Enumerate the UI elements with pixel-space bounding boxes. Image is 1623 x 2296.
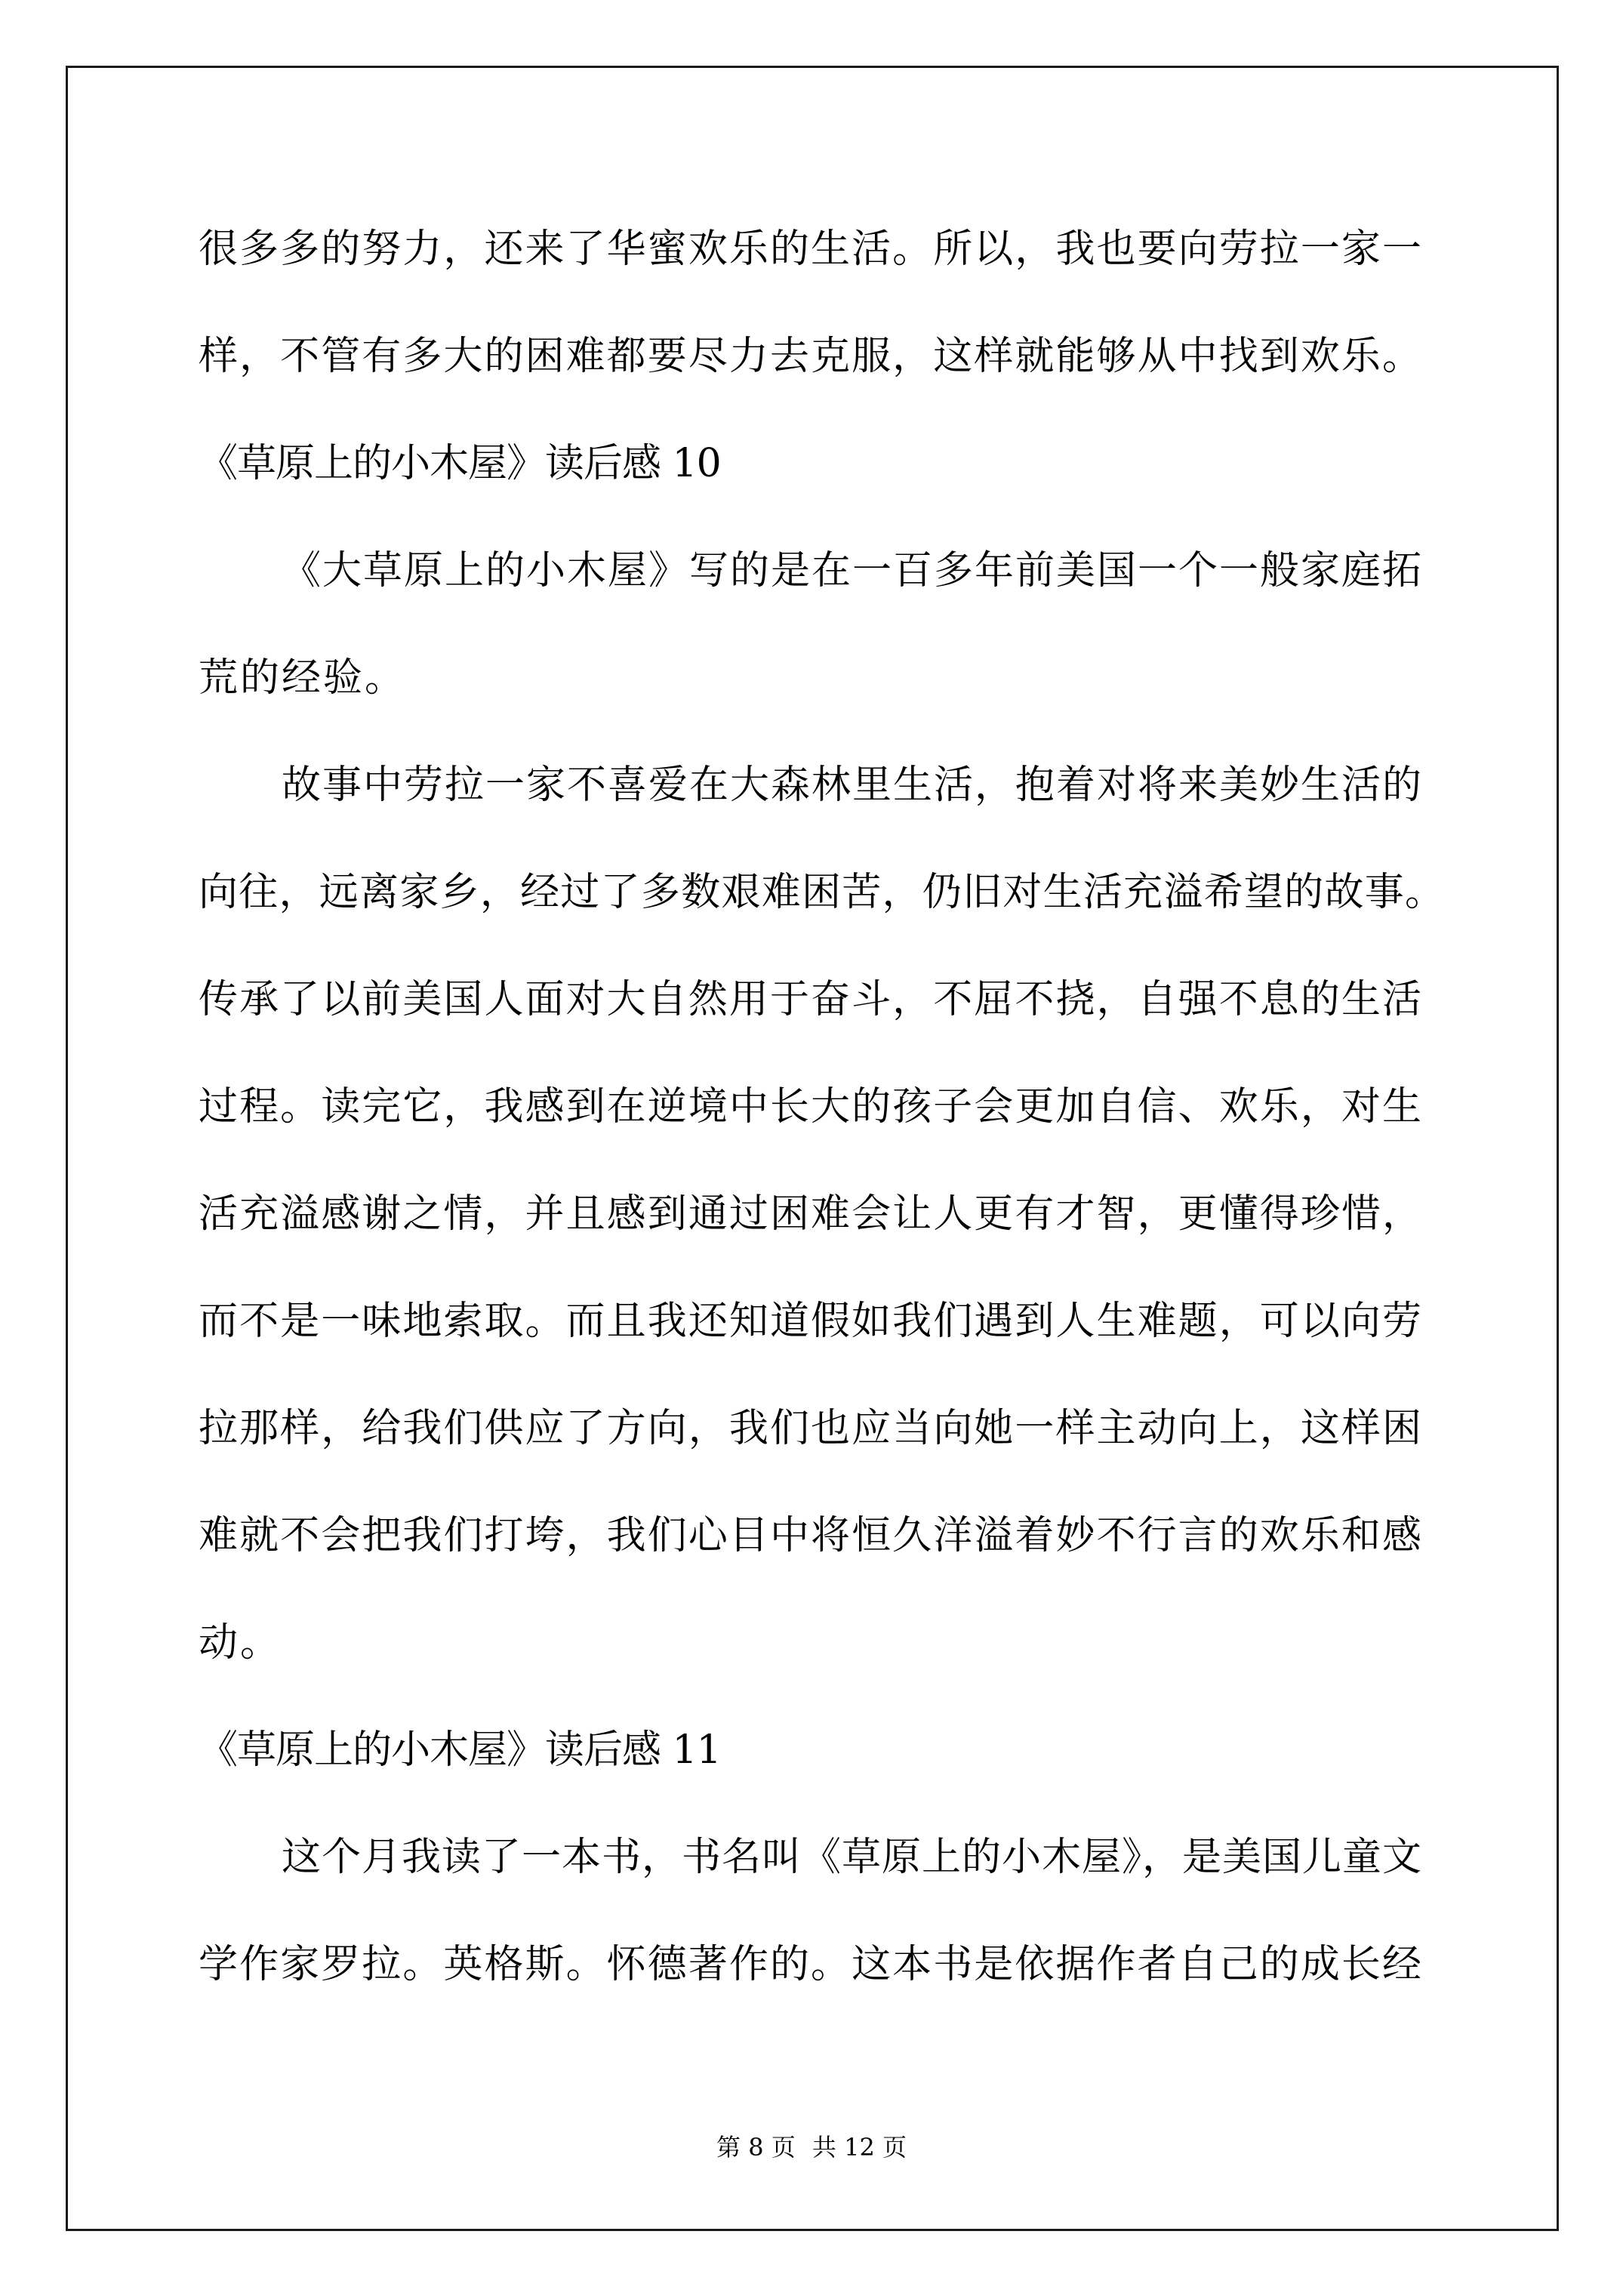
page-total: 共 12 页 bbox=[812, 2133, 907, 2162]
section-heading: 《草原上的小木屋》读后感 10 bbox=[199, 437, 721, 490]
paragraph-first-line: 故事中劳拉一家不喜爱在大森林里生活，抱着对将来美妙生活的 bbox=[282, 759, 1421, 812]
page-number: 第 8 页 bbox=[716, 2133, 796, 2162]
text-line: 很多多的努力，还来了华蜜欢乐的生活。所以，我也要向劳拉一家一 bbox=[199, 223, 1421, 276]
page-footer: 第 8 页 共 12 页 bbox=[0, 2131, 1623, 2164]
text-line: 活充溢感谢之情，并且感到通过困难会让人更有才智，更懂得珍惜， bbox=[199, 1188, 1421, 1240]
text-line: 而不是一味地索取。而且我还知道假如我们遇到人生难题，可以向劳 bbox=[199, 1295, 1421, 1348]
text-line: 过程。读完它，我感到在逆境中长大的孩子会更加自信、欢乐，对生 bbox=[199, 1080, 1421, 1133]
text-line: 荒的经验。 bbox=[199, 652, 1421, 704]
section-heading: 《草原上的小木屋》读后感 11 bbox=[199, 1724, 721, 1777]
text-line: 学作家罗拉。英格斯。怀德著作的。这本书是依据作者自己的成长经 bbox=[199, 1938, 1421, 1991]
paragraph-first-line: 《大草原上的小木屋》写的是在一百多年前美国一个一般家庭拓 bbox=[282, 544, 1421, 597]
text-line: 传承了以前美国人面对大自然用于奋斗，不屈不挠，自强不息的生活 bbox=[199, 973, 1421, 1026]
text-line: 难就不会把我们打垮，我们心目中将恒久洋溢着妙不行言的欢乐和感 bbox=[199, 1509, 1421, 1562]
text-line: 拉那样，给我们供应了方向，我们也应当向她一样主动向上，这样困 bbox=[199, 1402, 1421, 1455]
text-line: 向往，远离家乡，经过了多数艰难困苦，仍旧对生活充溢希望的故事。 bbox=[199, 866, 1444, 919]
paragraph-first-line: 这个月我读了一本书，书名叫《草原上的小木屋》，是美国儿童文 bbox=[282, 1831, 1421, 1884]
text-line: 动。 bbox=[199, 1616, 1421, 1669]
text-line: 样，不管有多大的困难都要尽力去克服，这样就能够从中找到欢乐。 bbox=[199, 330, 1421, 383]
page-border bbox=[66, 66, 1559, 2231]
